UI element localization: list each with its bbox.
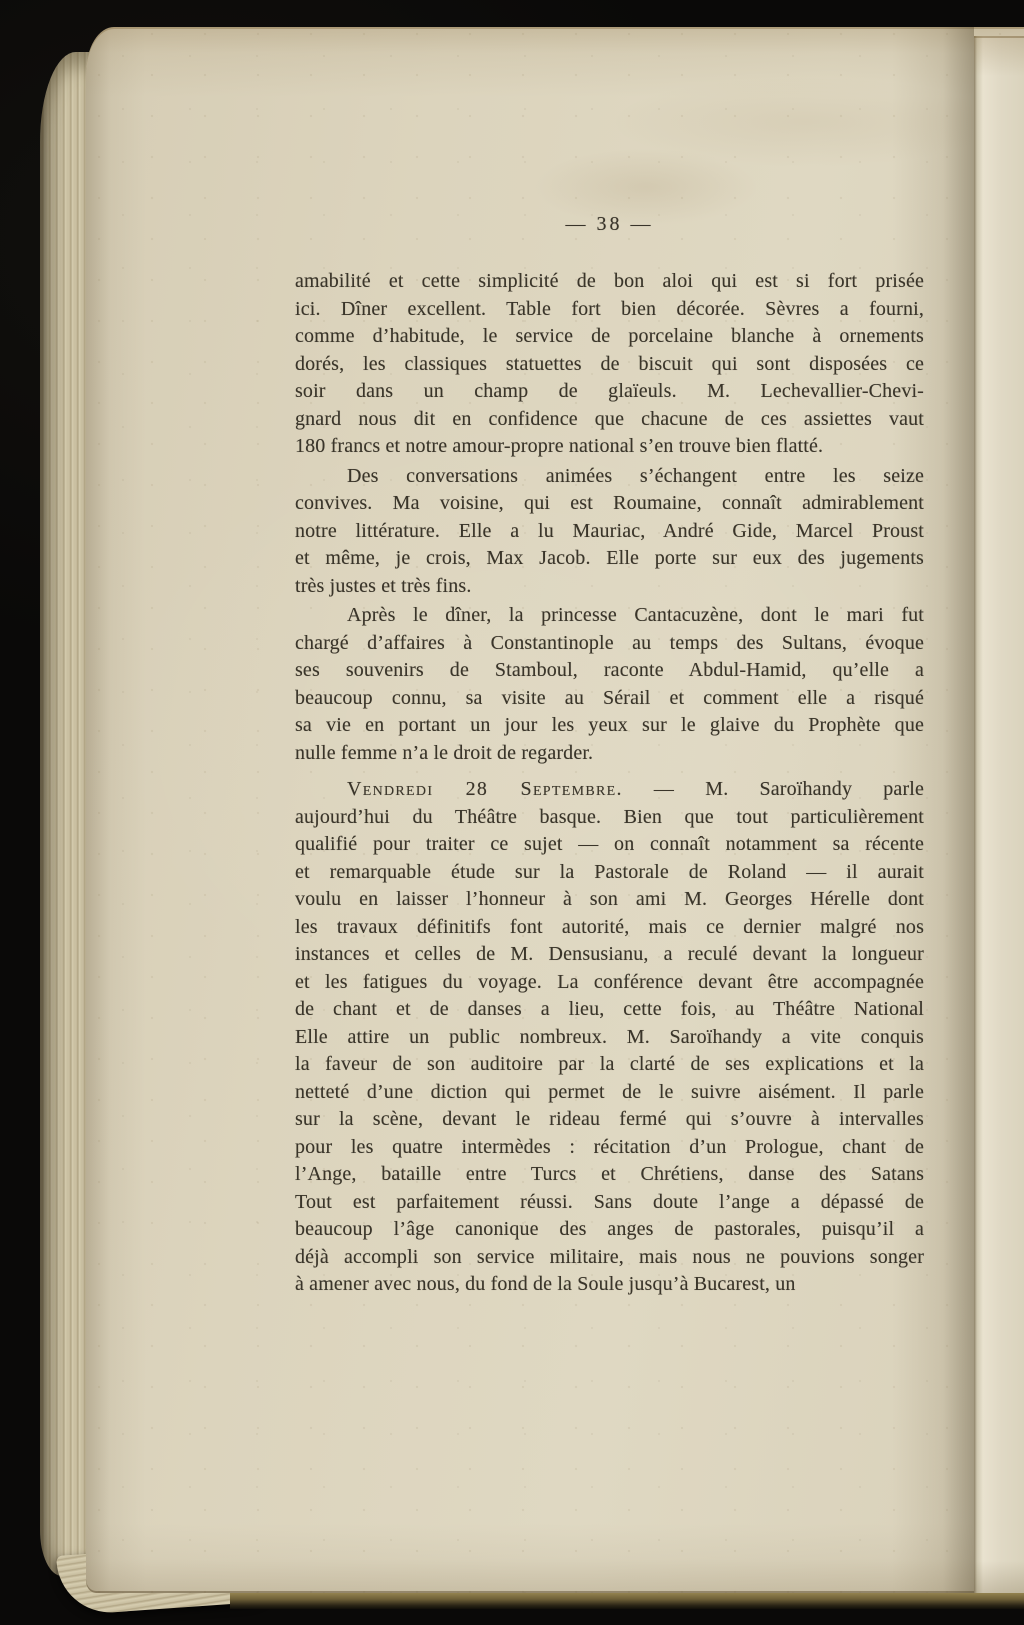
- text-line: instances et celles de M. Densusianu, a …: [295, 941, 924, 969]
- text-line: beaucoup connu, sa visite au Sérail et c…: [295, 685, 924, 713]
- text-line: notre littérature. Elle a lu Mauriac, An…: [295, 518, 924, 546]
- page-number: — 38 —: [295, 213, 924, 236]
- text-line: gnard nous dit en confidence que chacune…: [295, 406, 924, 434]
- text-line: aujourd’hui du Théâtre basque. Bien que …: [295, 804, 924, 832]
- text-line: amabilité et cette simplicité de bon alo…: [295, 268, 924, 296]
- text-line: ses souvenirs de Stamboul, raconte Abdul…: [295, 657, 924, 685]
- text-line: soir dans un champ de glaïeuls. M. Leche…: [295, 378, 924, 406]
- text-line: à amener avec nous, du fond de la Soule …: [295, 1271, 924, 1299]
- text-line: et les fatigues du voyage. La conférence…: [295, 969, 924, 997]
- text-line: la faveur de son auditoire par la clarté…: [295, 1051, 924, 1079]
- text-line: chargé d’affaires à Constantinople au te…: [295, 630, 924, 658]
- page-bottom-edge: [230, 1593, 1024, 1609]
- book-page: — 38 — amabilité et cette simplicité de …: [86, 27, 1024, 1593]
- text-line: déjà accompli son service militaire, mai…: [295, 1244, 924, 1272]
- text-line: qualifié pour traiter ce sujet — on conn…: [295, 831, 924, 859]
- paragraph: amabilité et cette simplicité de bon alo…: [295, 268, 924, 461]
- text-line: de chant et de danses a lieu, cette fois…: [295, 996, 924, 1024]
- text-line: ici. Dîner excellent. Table fort bien dé…: [295, 296, 924, 324]
- text-line: 180 francs et notre amour-propre nationa…: [295, 433, 924, 461]
- text-line: pour les quatre intermèdes : récitation …: [295, 1134, 924, 1162]
- text-line: Elle attire un public nombreux. M. Saroï…: [295, 1024, 924, 1052]
- book-scan: — 38 — amabilité et cette simplicité de …: [0, 0, 1024, 1625]
- date-heading: Vendredi 28 Septembre.: [347, 778, 623, 800]
- text-line: Tout est parfaitement réussi. Sans doute…: [295, 1189, 924, 1217]
- text-line: Des conversations animées s’échangent en…: [295, 463, 924, 491]
- paragraph: Vendredi 28 Septembre. — M. Saroïhandy p…: [295, 776, 924, 1299]
- text-line: très justes et très fins.: [295, 573, 924, 601]
- paragraph: Après le dîner, la princesse Cantacuzène…: [295, 602, 924, 767]
- text-block: amabilité et cette simplicité de bon alo…: [295, 268, 924, 1299]
- text-line: sa vie en portant un jour les yeux sur l…: [295, 712, 924, 740]
- text-line: voulu en laisser l’honneur à son ami M. …: [295, 886, 924, 914]
- text-line: convives. Ma voisine, qui est Roumaine, …: [295, 490, 924, 518]
- text-line: dorés, les classiques statuettes de bisc…: [295, 351, 924, 379]
- text-line: comme d’habitude, le service de porcelai…: [295, 323, 924, 351]
- text-line: beaucoup l’âge canonique des anges de pa…: [295, 1216, 924, 1244]
- text-line: sur la scène, devant le rideau fermé qui…: [295, 1106, 924, 1134]
- text-line: et remarquable étude sur la Pastorale de…: [295, 859, 924, 887]
- text-line: Après le dîner, la princesse Cantacuzène…: [295, 602, 924, 630]
- text-line: et même, je crois, Max Jacob. Elle porte…: [295, 545, 924, 573]
- text-line: nulle femme n’a le droit de regarder.: [295, 740, 924, 768]
- text-line: les travaux définitifs font autorité, ma…: [295, 914, 924, 942]
- adjacent-page-sliver: [974, 36, 1024, 1607]
- text-line: netteté d’une diction qui permet de le s…: [295, 1079, 924, 1107]
- paragraph: Des conversations animées s’échangent en…: [295, 463, 924, 601]
- text-line: Vendredi 28 Septembre. — M. Saroïhandy p…: [295, 776, 924, 804]
- text-line: l’Ange, bataille entre Turcs et Chrétien…: [295, 1161, 924, 1189]
